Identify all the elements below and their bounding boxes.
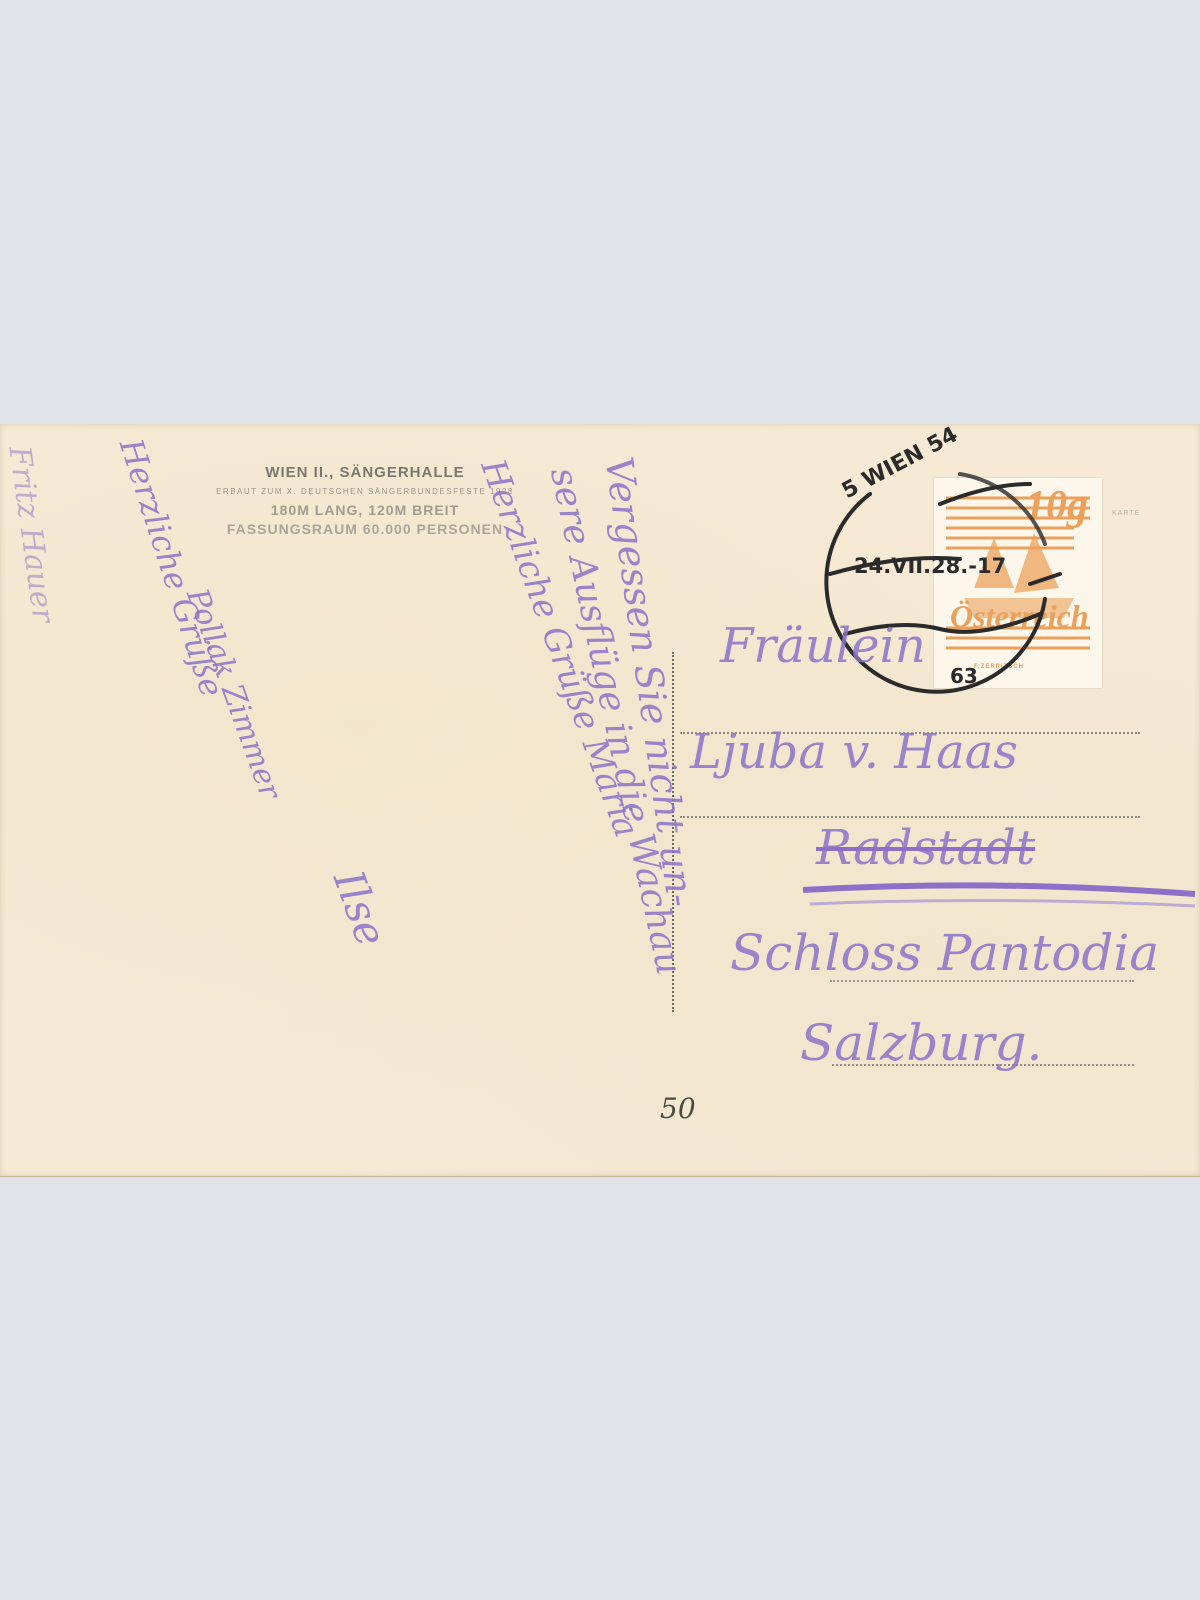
postcard: WIEN II., SÄNGERHALLE ERBAUT ZUM X. DEUT… (0, 424, 1200, 1177)
address-street: Schloss Pantodia (730, 924, 1159, 982)
pencil-note: 50 (660, 1092, 696, 1125)
address-region: Salzburg. (800, 1014, 1042, 1072)
